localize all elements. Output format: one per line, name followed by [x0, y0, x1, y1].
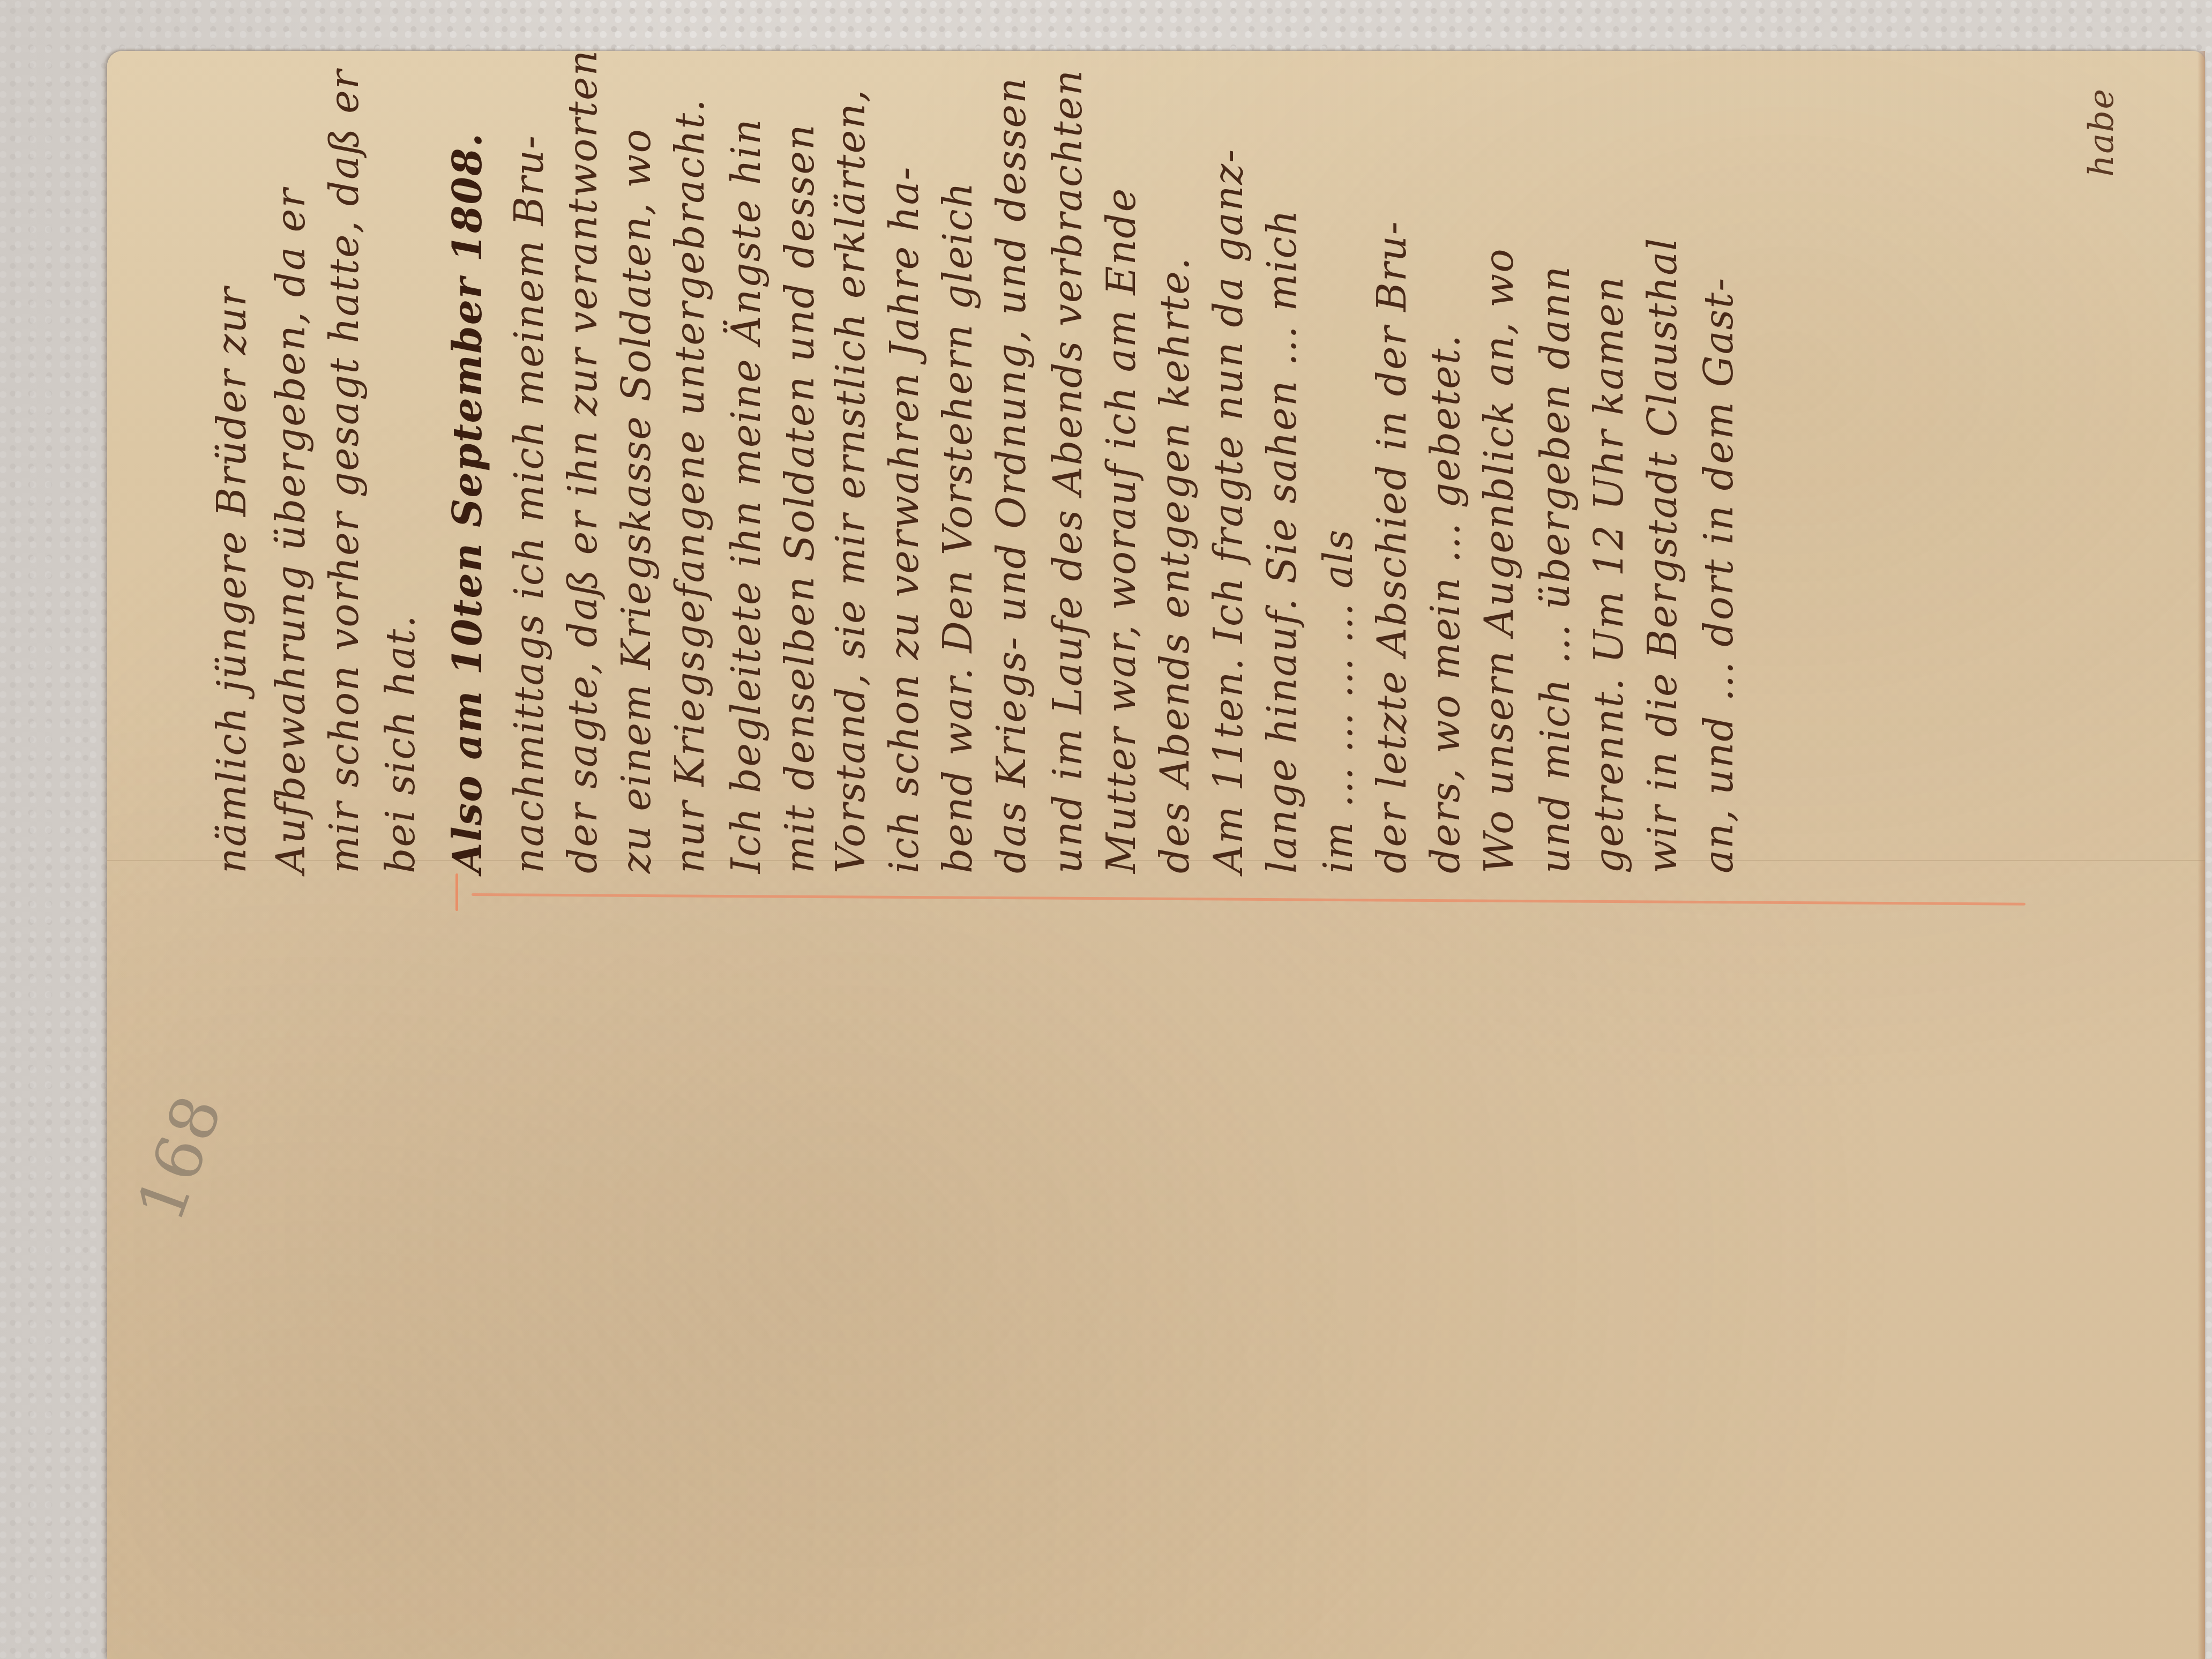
handwriting-line: mit denselben Soldaten und dessen	[777, 123, 823, 873]
handwriting-line: Mutter war, worauf ich am Ende	[1098, 188, 1145, 873]
handwriting-line: nur Kriegsgefangene untergebracht.	[667, 98, 713, 873]
handwriting-line: bei sich hat.	[378, 614, 424, 873]
handwriting-line: der sagte, daß er ihn zur verantworten	[560, 49, 606, 873]
handwriting-line: Ich begleitete ihn meine Ängste hin	[723, 118, 769, 873]
handwriting-line: lange hinauf. Sie sahen ... mich	[1259, 209, 1305, 873]
handwriting-line: und im Laufe des Abends verbrachten	[1045, 69, 1091, 873]
handwriting-line: wir in die Bergstadt Clausthal	[1640, 237, 1686, 873]
margin-tick-mark	[455, 873, 458, 911]
handwriting-line: des Abends entgegen kehrte.	[1152, 257, 1198, 873]
handwriting-line: das Kriegs- und Ordnung, und dessen	[989, 77, 1035, 873]
handwriting-line: im ... ... ... ... als	[1316, 529, 1362, 873]
catchword: habe	[2082, 88, 2121, 177]
paper-edge	[2198, 51, 2205, 1659]
handwriting-line: ich schon zu verwahren Jahre ha-	[881, 166, 928, 873]
handwriting-line: bend war. Den Vorstehern gleich	[935, 182, 981, 873]
handwriting-line: mir schon vorher gesagt hatte, daß er	[322, 69, 368, 873]
handwriting-line: der letzte Abschied in der Bru-	[1369, 220, 1415, 873]
handwriting-line: Vorstand, sie mir ernstlich erklärten,	[828, 88, 874, 873]
handwriting-line: Wo unsern Augenblick an, wo	[1476, 248, 1522, 873]
handwriting-line: und mich ... übergeben dann	[1533, 265, 1579, 873]
handwriting-line: nämlich jüngere Brüder zur	[209, 286, 255, 873]
handwriting-line: nachmittags ich mich meinem Bru-	[506, 134, 552, 873]
handwriting-line: Am 11ten. Ich fragte nun da ganz-	[1206, 148, 1252, 873]
handwriting-line: getrennt. Um 12 Uhr kamen	[1586, 276, 1632, 873]
date-heading-line: Also am 10ten September 1808.	[445, 132, 491, 873]
handwriting-line: Aufbewahrung übergeben, da er	[268, 188, 314, 873]
handwriting-line: an, und ... dort in dem Gast-	[1696, 277, 1742, 873]
handwriting-line: zu einem Kriegskasse Soldaten, wo	[614, 128, 660, 873]
handwriting-line: ders, wo mein ... gebetet.	[1423, 334, 1469, 873]
